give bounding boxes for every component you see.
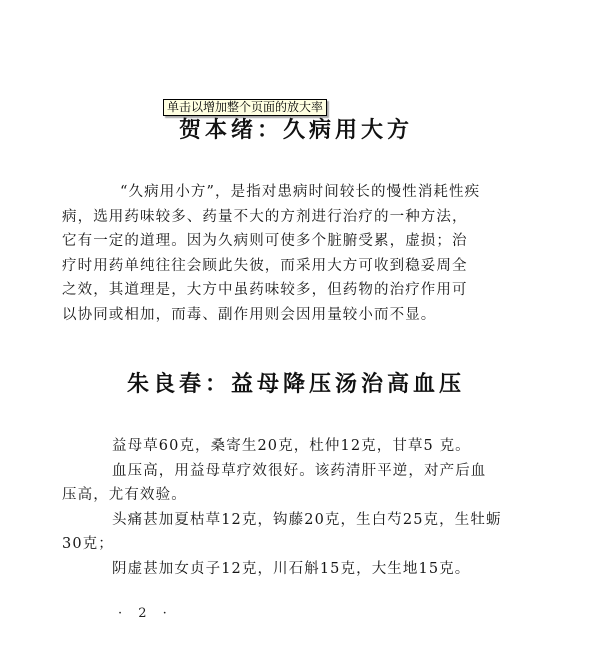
section-title-2: 朱良春：益母降压汤治高血压 [0, 367, 596, 398]
section-title-1: 贺本绪：久病用大方 [0, 113, 596, 144]
paragraph-line: 以协同或相加，而毒、副作用则会因用量较小而不显。 [62, 303, 538, 328]
section-2-body: 益母草60克，桑寄生20克，杜仲12克，甘草5 克。 血压高，用益母草疗效很好。… [62, 434, 538, 581]
section-1-paragraph: “久病用小方”，是指对患病时间较长的慢性消耗性疾 病，选用药味较多、药量不大的方… [62, 180, 538, 327]
paragraph-line: 疗时用药单纯往往会顾此失彼，而采用大方可收到稳妥周全 [62, 254, 538, 279]
recipe-line: 压高，尤有效验。 [62, 483, 538, 508]
recipe-line: 阴虚甚加女贞子12克，川石斛15克，大生地15克。 [62, 557, 538, 582]
recipe-line: 30克； [62, 532, 538, 557]
paragraph-line: 之效，其道理是，大方中虽药味较多，但药物的治疗作用可 [62, 278, 538, 303]
paragraph-line: 病，选用药味较多、药量不大的方剂进行治疗的一种方法， [62, 205, 538, 230]
recipe-line: 益母草60克，桑寄生20克，杜仲12克，甘草5 克。 [62, 434, 538, 459]
zoom-tooltip: 单击以增加整个页面的放大率 [163, 99, 327, 116]
page-number: · 2 · [118, 606, 173, 621]
recipe-line: 头痛甚加夏枯草12克，钩藤20克，生白芍25克，生牡蛎 [62, 508, 538, 533]
paragraph-line: 它有一定的道理。因为久病则可使多个脏腑受累，虚损；治 [62, 229, 538, 254]
recipe-line: 血压高，用益母草疗效很好。该药清肝平逆，对产后血 [62, 459, 538, 484]
paragraph-line: “久病用小方”，是指对患病时间较长的慢性消耗性疾 [62, 180, 538, 205]
document-page: 单击以增加整个页面的放大率 贺本绪：久病用大方 “久病用小方”，是指对患病时间较… [0, 0, 600, 646]
